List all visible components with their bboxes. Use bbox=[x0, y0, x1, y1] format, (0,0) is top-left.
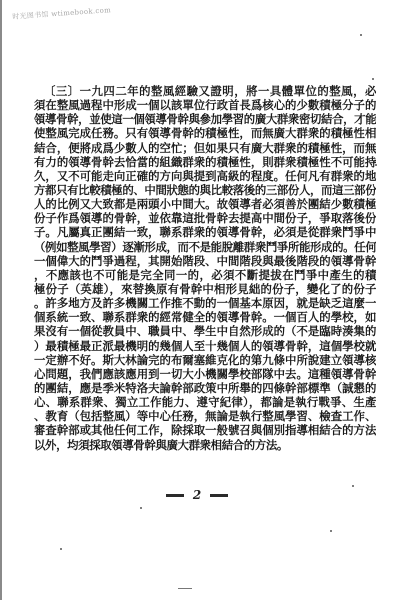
paragraph-line: 份子作爲領導的骨幹，並依靠這批骨幹去提高中間份子，爭取落後份 bbox=[34, 211, 376, 225]
paragraph-line: 的團結，應是季米特洛夫論幹部政策中所舉的四條幹部標準（誠懇的 bbox=[34, 381, 376, 395]
scan-speck bbox=[60, 548, 62, 550]
paragraph-line: 。許多地方及許多機關工作推不動的一個基本原因，就是缺乏這麼一 bbox=[34, 296, 376, 310]
paragraph-line: 〔三〕一九四二年的整風經驗又證明，將一具體單位的整風，必 bbox=[34, 84, 376, 98]
page-number: 2 bbox=[0, 488, 394, 502]
paragraph-line: 審查幹部或其他任何工作，除採取一般號召與個別指導相結合的方法 bbox=[34, 423, 376, 437]
paragraph-line: ）最積極最正派最機明的幾個人至十幾個人的領導骨幹，這個學校就 bbox=[34, 339, 376, 353]
paragraph-line: 久，又不可能走向正確的方向與提到高級的程度。任何凡有群衆的地 bbox=[34, 169, 376, 183]
paragraph-line: 果沒有一個從教員中、職員中、學生中自然形成的（不是臨時湊集的 bbox=[34, 324, 376, 338]
scan-speck bbox=[360, 34, 362, 36]
paragraph-line: 人的比例又大致都是兩頭小中間大。故領導者必須善於團結少數積極 bbox=[34, 197, 376, 211]
paragraph-line: 須在整風過程中形成一個以該單位行政首長爲核心的少數積極分子的 bbox=[34, 98, 376, 112]
scan-speck bbox=[330, 530, 332, 532]
paragraph-line: 使整風完成任務。只有領導骨幹的積極性，而無廣大群衆的積極性相 bbox=[34, 126, 376, 140]
scan-speck bbox=[300, 402, 302, 404]
scan-speck bbox=[372, 78, 374, 80]
paragraph-line: 心、聯系群衆、獨立工作能力、遵守紀律），都論是執行戰爭、生產 bbox=[34, 395, 376, 409]
scan-bottom-mark bbox=[178, 588, 192, 589]
scan-speck bbox=[375, 164, 377, 166]
watermark: 时光图书馆 wtimebook.com bbox=[12, 5, 111, 22]
paragraph-line: 領導骨幹，並使這一個領導骨幹與參加學習的廣大群衆密切結合，才能 bbox=[34, 112, 376, 126]
paragraph-line: 子。凡屬真正團結一致，聯系群衆的領導骨幹，必須是從群衆鬥爭中 bbox=[34, 225, 376, 239]
paragraph-line: 一個偉大的鬥爭過程，其開始階段、中間階段與最後階段的領導骨幹 bbox=[34, 254, 376, 268]
paragraph-line: 結合，便將成爲少數人的空忙；但如果只有廣大群衆的積極性，而無 bbox=[34, 141, 376, 155]
scan-speck bbox=[352, 485, 354, 487]
paragraph-line: 方都只有比較積極的、中間狀態的與比較落後的三部份人，而這三部份 bbox=[34, 183, 376, 197]
page-number-dash-right bbox=[210, 494, 228, 497]
scan-left-edge bbox=[0, 0, 2, 600]
paragraph-line: 極份子（英雄），來替換原有骨幹中相形見絀的份子，變化了的份子 bbox=[34, 282, 376, 296]
paragraph-line: 個系統一致、聯系群衆的經常健全的領導骨幹。一個百人的學校，如 bbox=[34, 310, 376, 324]
page-number-dash-left bbox=[166, 494, 184, 497]
paragraph-line: （例如整風學習）逐漸形成，而不是能脫離群衆鬥爭所能形成的。任何 bbox=[34, 240, 376, 254]
paragraph-line: 以外，均須採取領導骨幹與廣大群衆相結合的方法。 bbox=[34, 438, 376, 452]
paragraph-line: ，不應該也不可能是完全同一的，必須不斷提拔在鬥爭中產生的積 bbox=[34, 268, 376, 282]
scan-speck bbox=[140, 507, 142, 509]
paragraph-line: 心問題，我們應該應用到一切大小機關學校部隊中去。這種領導骨幹 bbox=[34, 367, 376, 381]
document-body: 〔三〕一九四二年的整風經驗又證明，將一具體單位的整風，必 須在整風過程中形成一個… bbox=[34, 84, 376, 452]
paragraph-line: 一定辦不好。斯大林論完的布爾塞維克化的第九條中所說建立領導核 bbox=[34, 353, 376, 367]
paragraph-line: 有力的領導骨幹去恰當的組織群衆的積極性，則群衆積極性不可能持 bbox=[34, 155, 376, 169]
page-number-value: 2 bbox=[193, 488, 201, 502]
paragraph-line: 、教育（包括整風）等中心任務，無論是執行整風學習、檢查工作、 bbox=[34, 409, 376, 423]
